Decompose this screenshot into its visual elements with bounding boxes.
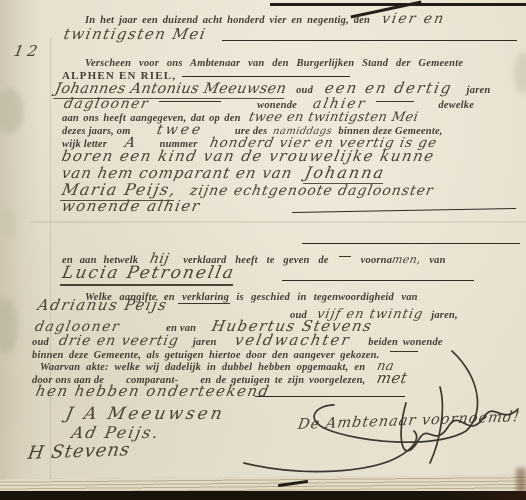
handwritten-day-part2: twintigsten Mei <box>62 25 208 43</box>
ruling-line <box>282 280 474 281</box>
record-number-text: 12 <box>12 42 43 60</box>
ink-bleed-mark <box>0 298 18 354</box>
filler-dash <box>376 101 414 102</box>
printed-voorna: voorna <box>361 255 393 266</box>
ink-bleed-mark <box>514 52 526 94</box>
signature-witness2-text: H Stevens <box>26 439 132 464</box>
signature-declarant-text: J A Meeuwsen <box>64 404 227 424</box>
filler-dash <box>339 256 351 257</box>
printed-dewelke: dewelke <box>438 100 474 111</box>
table-background <box>0 491 526 500</box>
record-number: 12 <box>14 42 41 61</box>
day-line: twintigsten Mei <box>64 25 206 44</box>
hw-men: men, <box>391 253 423 266</box>
signature-witness2: H Stevens <box>28 439 131 464</box>
ruling-line <box>222 40 517 41</box>
mother-status: zijne echtgenoote dagloonster <box>189 183 436 199</box>
filler-dash <box>159 101 221 102</box>
witness1-name: Adrianus Peijs <box>36 296 169 314</box>
page-fold <box>30 221 526 223</box>
ink-bleed-mark <box>2 208 16 238</box>
wonende2-line: wonende alhier <box>62 197 201 216</box>
official-signature-flourish <box>230 345 526 495</box>
signature-declarant: J A Meeuwsen <box>66 404 225 424</box>
printed-van: van <box>429 255 445 266</box>
ruling-line <box>182 76 350 77</box>
ink-bleed-mark <box>0 88 24 134</box>
handwritten-day-part1: vier en <box>381 11 447 27</box>
child-name-line: Lucia Petronella <box>62 263 235 286</box>
ruling-line <box>292 208 516 213</box>
filler-dash <box>178 303 230 304</box>
printed-jaren1: jaren, <box>431 310 458 321</box>
witness1-line: Adrianus Peijs <box>38 296 236 315</box>
child-name: Lucia Petronella <box>60 263 237 286</box>
page-crease <box>50 38 51 478</box>
mother-residence: wonende alhier <box>60 197 202 215</box>
civil-registry-birth-record: 12 In het jaar een duizend acht honderd … <box>0 0 526 500</box>
ruling-line <box>302 243 520 244</box>
